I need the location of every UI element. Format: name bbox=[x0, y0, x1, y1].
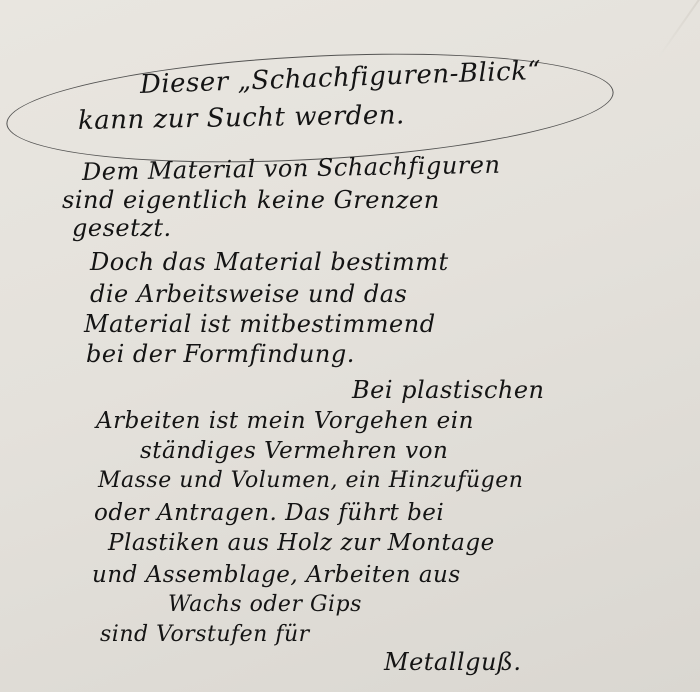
paper-crease bbox=[658, 0, 700, 57]
body-line-12: oder Antragen. Das führt bei bbox=[94, 500, 444, 526]
body-line-7: bei der Formfindung. bbox=[86, 340, 355, 368]
headline-line-2: kann zur Sucht werden. bbox=[78, 100, 405, 136]
body-line-15: Wachs oder Gips bbox=[168, 592, 362, 617]
body-line-16: sind Vorstufen für bbox=[100, 622, 310, 647]
body-line-5: die Arbeitsweise und das bbox=[90, 280, 407, 308]
body-line-4: Doch das Material bestimmt bbox=[90, 248, 449, 276]
body-line-11: Masse und Volumen, ein Hinzufügen bbox=[98, 468, 523, 493]
body-line-17: Metallguß. bbox=[384, 648, 522, 676]
body-line-14: und Assemblage, Arbeiten aus bbox=[92, 562, 461, 588]
body-line-9: Arbeiten ist mein Vorgehen ein bbox=[96, 408, 474, 434]
body-line-3: gesetzt. bbox=[72, 214, 172, 242]
body-line-10: ständiges Vermehren von bbox=[140, 438, 448, 464]
body-line-2: sind eigentlich keine Grenzen bbox=[62, 186, 440, 214]
handwritten-page: Dieser „Schachfiguren-Blick“ kann zur Su… bbox=[0, 0, 700, 692]
body-line-6: Material ist mitbestimmend bbox=[84, 310, 436, 338]
body-line-1: Dem Material von Schachfiguren bbox=[82, 151, 501, 186]
body-line-13: Plastiken aus Holz zur Montage bbox=[108, 530, 495, 556]
body-line-8: Bei plastischen bbox=[352, 376, 545, 404]
